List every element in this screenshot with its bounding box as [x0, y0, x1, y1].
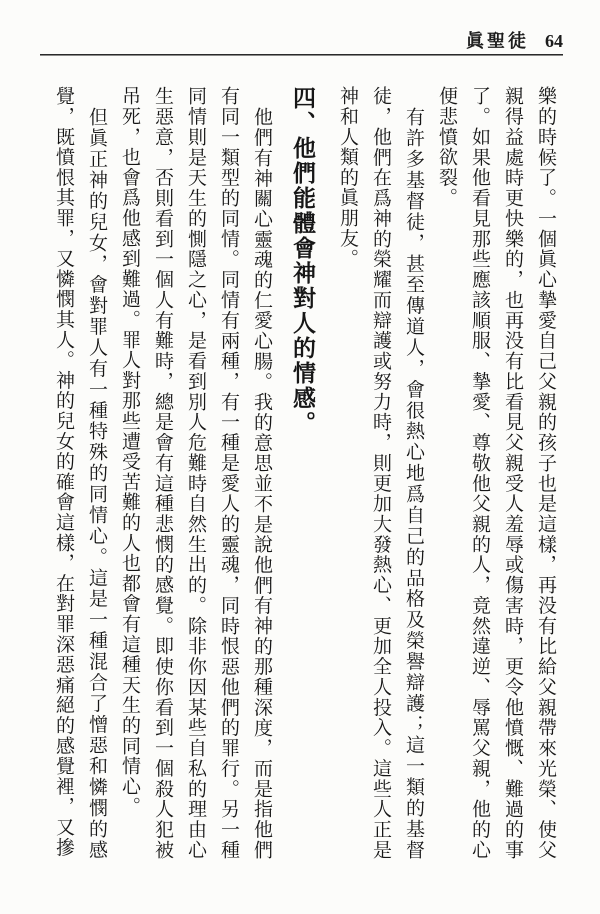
- paragraph-fathers-love-continuation: 樂的時候了。一個眞心摯愛自己父親的孩子也是這樣，再没有比給父親帶來光榮、使父親得…: [430, 86, 562, 860]
- running-head: 眞聖徒 64: [466, 27, 563, 53]
- header-rule: [40, 54, 563, 56]
- section-heading-four: 四、他們能體會神對人的情感。: [278, 86, 331, 860]
- book-title: 眞聖徒: [466, 27, 529, 53]
- page-content: 樂的時候了。一個眞心摯愛自己父親的孩子也是這樣，再没有比給父親帶來光榮、使父親得…: [36, 86, 562, 860]
- paragraph-two-kinds-of-sympathy: 他們有神關心靈魂的仁愛心腸。我的意思並不是說他們有神的那種深度，而是指他們有同一…: [113, 86, 278, 860]
- paragraph-christians-zeal: 有許多基督徒，甚至傳道人，會很熱心地爲自己的品格及榮譽辯護；這一類的基督徒，他們…: [331, 86, 430, 860]
- page-number: 64: [545, 31, 563, 52]
- scanned-book-page: 眞聖徒 64 樂的時候了。一個眞心摯愛自己父親的孩子也是這樣，再没有比給父親帶來…: [0, 0, 600, 914]
- paragraph-children-of-god-sympathy: 但眞正神的兒女，會對罪人有一種特殊的同情心。這是一種混合了憎惡和憐憫的感覺，既憤…: [47, 86, 113, 860]
